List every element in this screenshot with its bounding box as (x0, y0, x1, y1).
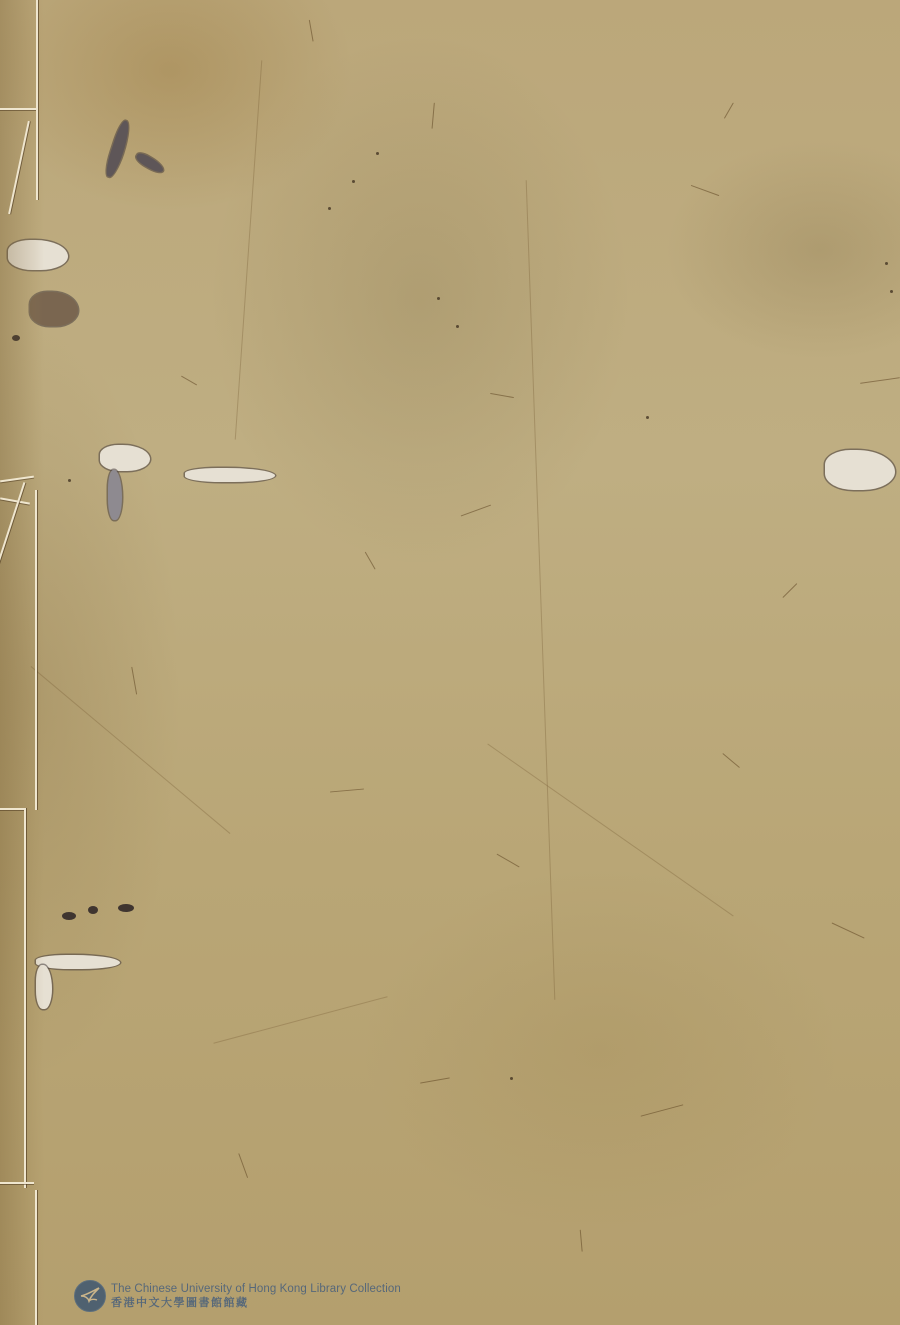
worm-hole (62, 912, 76, 920)
paper-crease (487, 744, 733, 917)
paper-fiber (431, 103, 435, 129)
worm-hole (118, 904, 134, 912)
paper-fiber (490, 393, 514, 399)
worm-damage (135, 151, 166, 175)
paper-fiber (308, 20, 313, 42)
binding-thread (0, 1182, 34, 1184)
worm-hole (88, 906, 98, 914)
library-watermark: The Chinese University of Hong Kong Libr… (74, 1280, 401, 1312)
paper-fiber (860, 377, 900, 384)
paper-crease (235, 60, 263, 439)
binding-thread (36, 0, 38, 200)
worm-damage (103, 120, 132, 179)
paper-fiber (496, 854, 519, 868)
binding-thread (35, 1190, 37, 1325)
watermark-english-text: The Chinese University of Hong Kong Libr… (111, 1282, 401, 1296)
paper-fiber (691, 185, 720, 197)
binding-thread (0, 808, 24, 810)
ink-speck (885, 262, 888, 265)
paper-fiber (782, 583, 797, 598)
book-cover-page: The Chinese University of Hong Kong Libr… (0, 0, 900, 1325)
worm-damage (36, 955, 120, 969)
cuhk-swallow-logo-icon (74, 1280, 106, 1312)
ink-speck (376, 152, 379, 155)
worm-damage (185, 468, 275, 482)
binding-thread (0, 108, 36, 110)
paper-crease (526, 180, 556, 1000)
paper-fiber (579, 1230, 582, 1252)
ink-speck (437, 297, 440, 300)
ink-speck (352, 180, 355, 183)
ink-speck (328, 207, 331, 210)
paper-crease (31, 666, 231, 834)
paper-fiber (722, 753, 740, 768)
worm-damage (108, 470, 122, 520)
paper-crease (213, 996, 387, 1044)
paper-fiber (238, 1153, 248, 1178)
paper-fiber (461, 505, 492, 517)
ink-speck (68, 479, 71, 482)
ink-speck (510, 1077, 513, 1080)
paper-fiber (181, 376, 197, 386)
binding-thread (24, 808, 26, 1188)
paper-fiber (330, 789, 364, 793)
paper-fiber (364, 552, 375, 570)
paper-fiber (831, 922, 864, 938)
worm-damage (825, 450, 895, 490)
watermark-chinese-text: 香港中文大學圖書館館藏 (111, 1296, 401, 1310)
paper-fiber (641, 1104, 684, 1117)
worm-damage (100, 445, 150, 471)
binding-thread (35, 490, 37, 810)
ink-speck (456, 325, 459, 328)
paper-fiber (131, 667, 137, 695)
ink-speck (646, 416, 649, 419)
paper-fiber (724, 103, 734, 119)
paper-fiber (420, 1077, 450, 1084)
ink-speck (890, 290, 893, 293)
